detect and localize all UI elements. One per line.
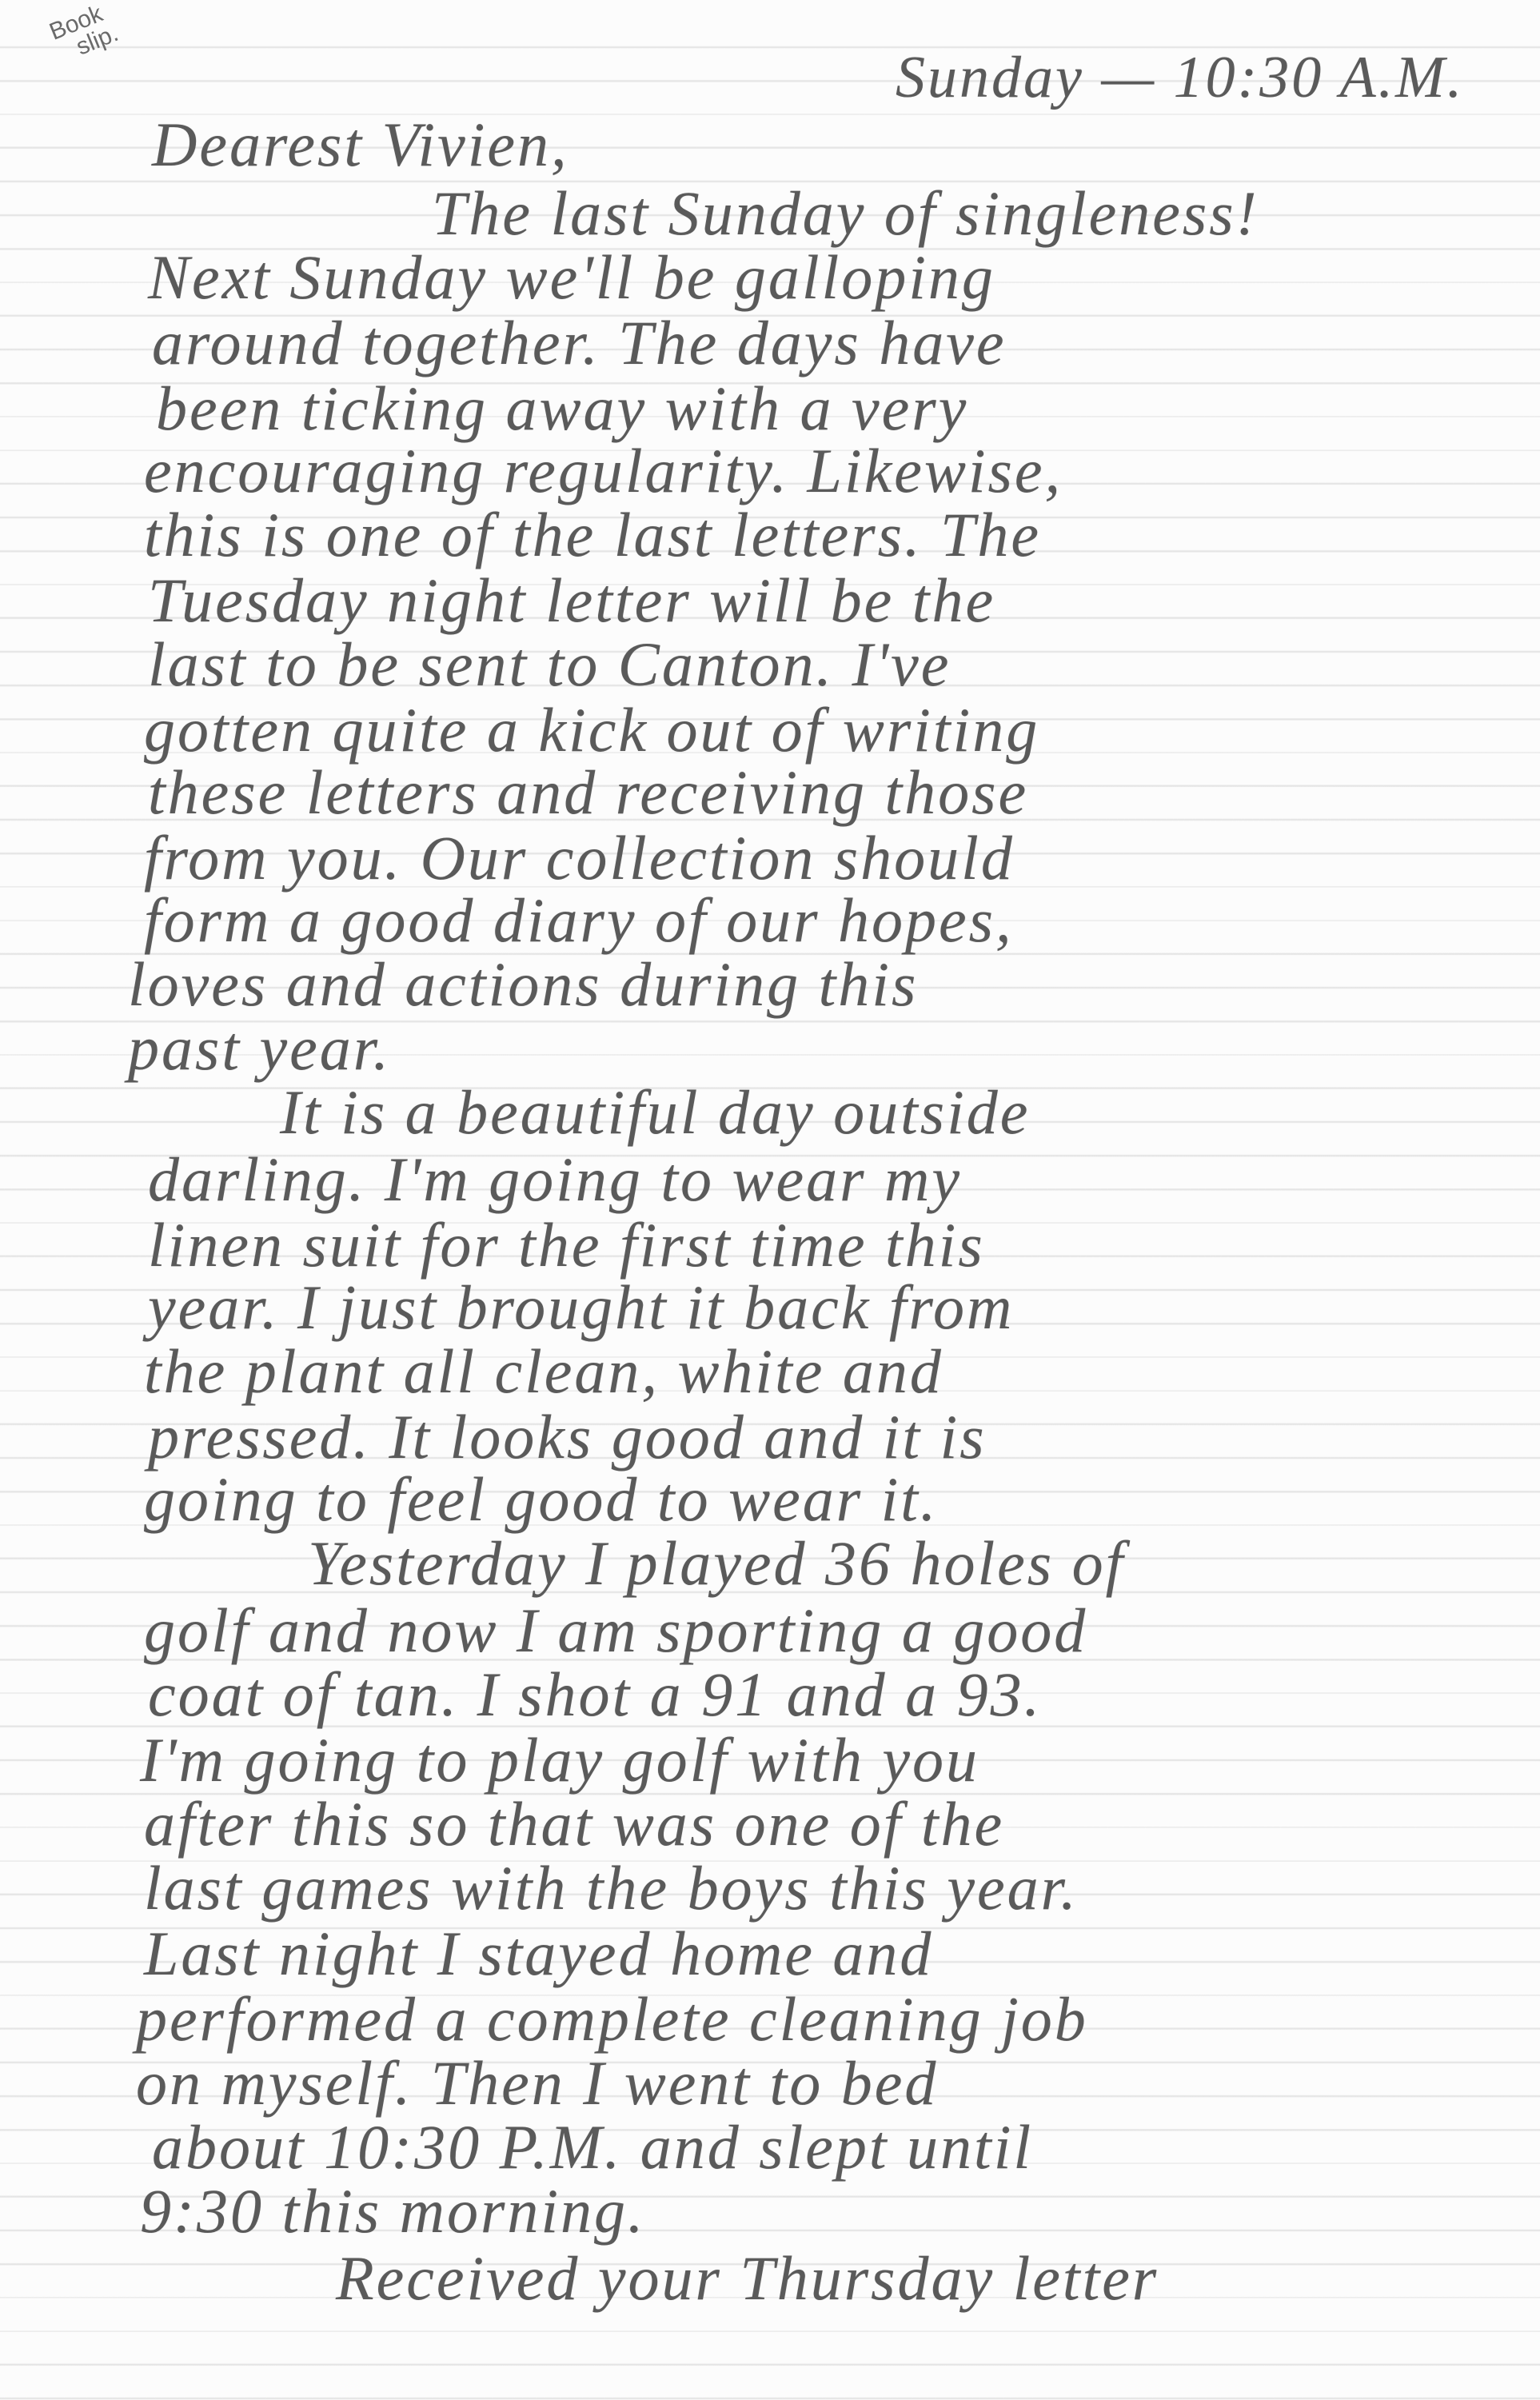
letter-line: I'm going to play golf with you bbox=[140, 1729, 979, 1791]
letter-line: on myself. Then I went to bed bbox=[136, 2052, 938, 2114]
letter-line: 9:30 this morning. bbox=[140, 2180, 646, 2242]
letter-line: around together. The days have bbox=[152, 312, 1006, 374]
letter-line: the plant all clean, white and bbox=[144, 1340, 944, 1403]
salutation: Dearest Vivien, bbox=[152, 114, 569, 176]
letter-line: this is one of the last letters. The bbox=[144, 504, 1041, 566]
letter-line: last to be sent to Canton. I've bbox=[148, 633, 951, 696]
letter-line: gotten quite a kick out of writing bbox=[144, 699, 1039, 761]
letter-line: last games with the boys this year. bbox=[144, 1857, 1079, 1919]
letter-line: It is a beautiful day outside bbox=[280, 1081, 1030, 1144]
letter-line: linen suit for the first time this bbox=[148, 1214, 985, 1276]
letter-line: Last night I stayed home and bbox=[144, 1923, 933, 1985]
letter-line: from you. Our collection should bbox=[144, 827, 1015, 889]
letter-line: The last Sunday of singleness! bbox=[432, 182, 1259, 245]
letter-line: about 10:30 P.M. and slept until bbox=[152, 2116, 1033, 2178]
letter-line: going to feel good to wear it. bbox=[144, 1468, 938, 1531]
letter-line: pressed. It looks good and it is bbox=[148, 1406, 987, 1468]
letter-line: darling. I'm going to wear my bbox=[148, 1148, 962, 1211]
letter-line: performed a complete cleaning job bbox=[136, 1988, 1088, 2051]
letter-page: Book slip. Sunday — 10:30 A.M. Dearest V… bbox=[0, 0, 1540, 2400]
letter-line: Received your Thursday letter bbox=[336, 2247, 1159, 2310]
margin-note: Book slip. bbox=[46, 0, 122, 67]
letter-line: after this so that was one of the bbox=[144, 1793, 1004, 1855]
letter-line: Tuesday night letter will be the bbox=[148, 569, 995, 632]
date-line: Sunday — 10:30 A.M. bbox=[896, 48, 1464, 107]
letter-line: year. I just brought it back from bbox=[148, 1276, 1014, 1339]
letter-line: these letters and receiving those bbox=[148, 761, 1028, 824]
letter-line: form a good diary of our hopes, bbox=[144, 889, 1014, 952]
letter-line: coat of tan. I shot a 91 and a 93. bbox=[148, 1663, 1042, 1726]
letter-line: past year. bbox=[128, 1017, 391, 1080]
letter-line: loves and actions during this bbox=[128, 953, 918, 1016]
letter-line: been ticking away with a very bbox=[156, 377, 968, 440]
letter-line: encouraging regularity. Likewise, bbox=[144, 440, 1063, 502]
letter-line: golf and now I am sporting a good bbox=[144, 1599, 1087, 1662]
letter-line: Next Sunday we'll be galloping bbox=[148, 246, 995, 309]
letter-line: Yesterday I played 36 holes of bbox=[308, 1532, 1125, 1595]
